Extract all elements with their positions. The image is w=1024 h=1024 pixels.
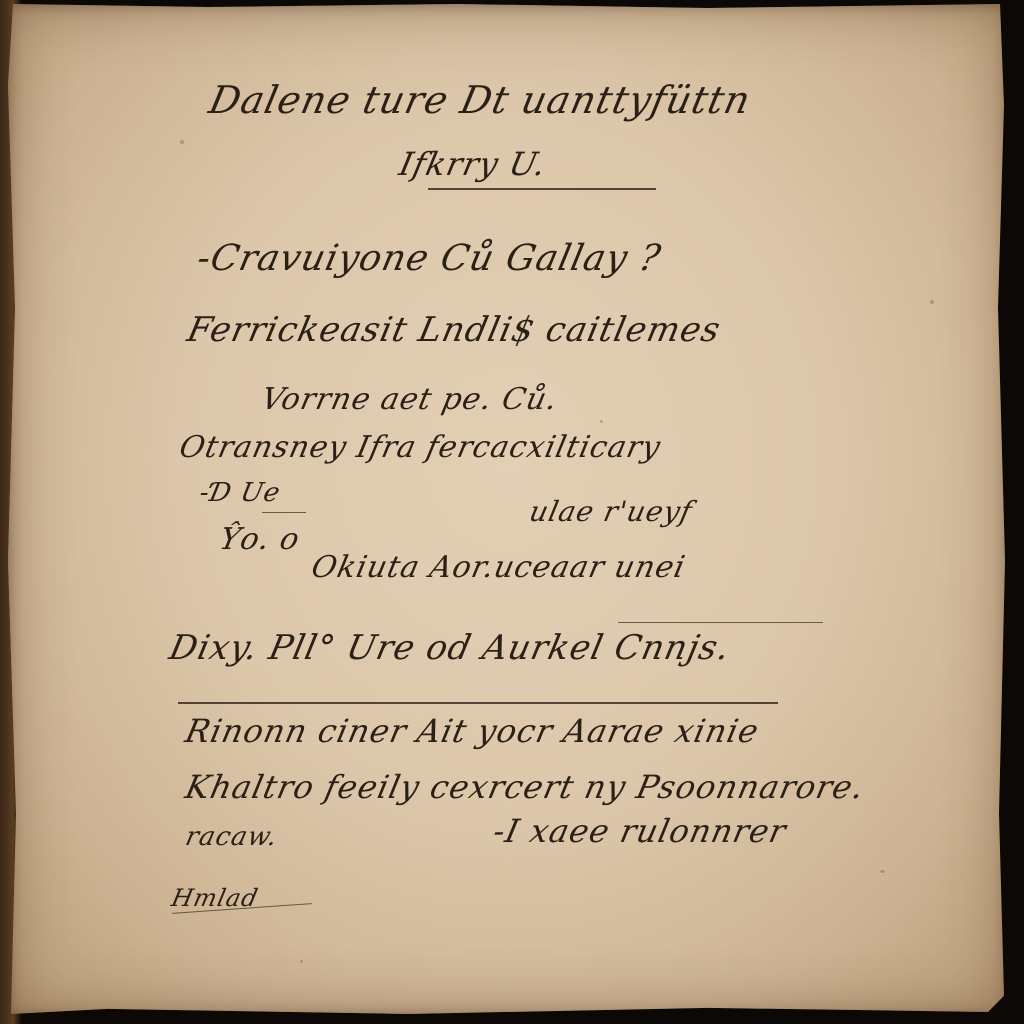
paper-speck	[600, 420, 603, 423]
upper-rule	[618, 622, 823, 623]
heading-line-2: Ifkrry U.	[396, 145, 550, 183]
text-line: racaw.	[183, 822, 281, 852]
text-line: Dixy. Pll° Ure od Aurkel Cnnjs.	[166, 628, 734, 668]
paper-speck	[300, 960, 303, 963]
short-rule	[262, 512, 306, 513]
paper-speck	[930, 300, 934, 304]
text-line: ulae r'ueyf	[526, 495, 695, 528]
text-line: Vorrne aet pe. Ců.	[258, 382, 561, 417]
text-line: Rinonn ciner Ait yocr Aarae xinie	[182, 712, 763, 750]
paper-speck	[180, 140, 184, 144]
text-line: Khaltro feeily cexrcert ny Psoonnarore.	[182, 768, 868, 806]
text-line: -Ɗ Ue	[197, 478, 284, 508]
text-line: Okiuta Aor.uceaar unei	[308, 550, 688, 585]
heading-underline	[428, 188, 656, 190]
text-line: Ŷo. o	[216, 522, 303, 557]
text-line: -Cravuiyone Ců Gallay ?	[194, 238, 665, 279]
text-line: Otransney Ifra fercacxilticary	[176, 430, 664, 465]
heading-line-1: Dalene ture Dt uanttyfüttn	[205, 78, 755, 122]
text-line: Ferrickeasit Lndli$ caitlemes	[184, 310, 725, 350]
text-line: -I xaee rulonnrer	[490, 812, 790, 850]
section-divider	[178, 702, 778, 704]
paper-speck	[880, 870, 885, 873]
